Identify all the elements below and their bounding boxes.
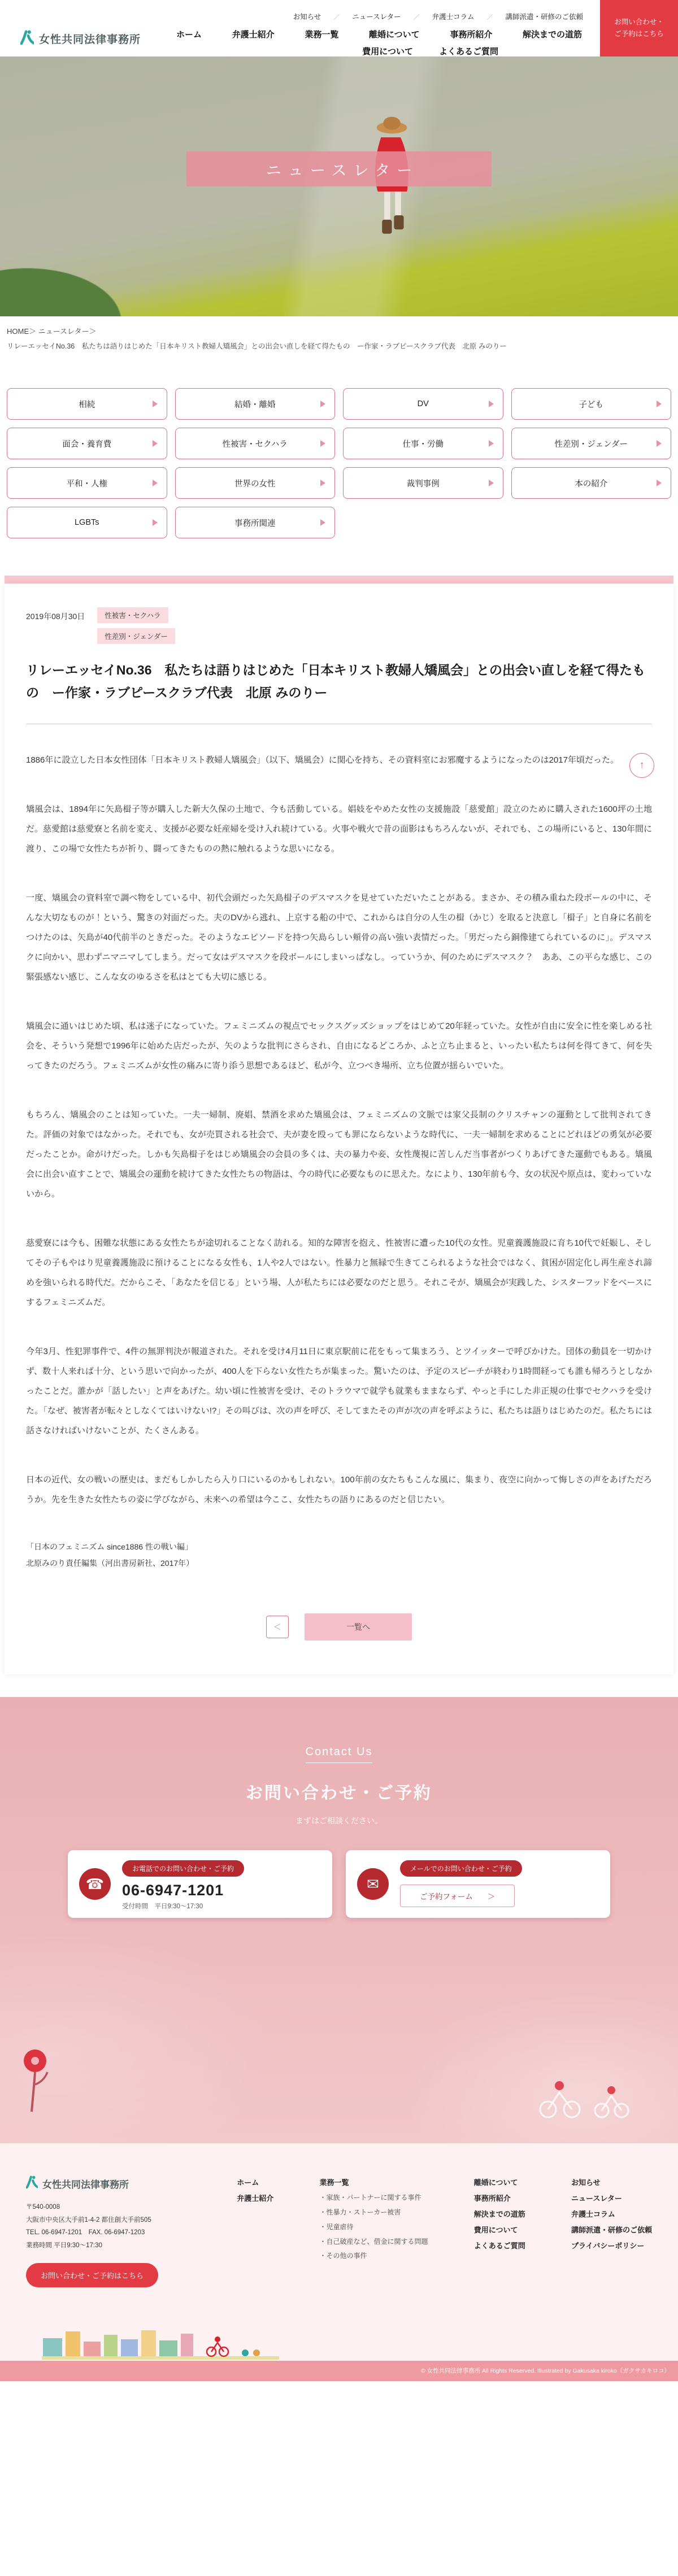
- footer-address: 〒540-0008 大阪市中央区大手前1-4-2 都住創大手前505 TEL. …: [26, 2201, 191, 2252]
- category-inheritance[interactable]: 相続: [7, 388, 167, 420]
- utility-nav-news[interactable]: お知らせ: [293, 11, 321, 21]
- book-reference-credit: 北原みのり責任編集（河出書房新社、2017年）: [26, 1555, 652, 1572]
- footer-logo-text: 女性共同法律事務所: [42, 2177, 129, 2191]
- copyright-text: © 女性共同法律事務所 All Rights Reserved. Illustr…: [421, 2368, 670, 2374]
- article-paragraph: 慈愛寮には今も、困難な状態にある女性たちが途切れることなく訪れる。知的な障害を抱…: [26, 1233, 652, 1312]
- arrow-right-icon: [489, 401, 494, 407]
- article-paragraph: 一度、矯風会の資料室で調べ物をしている中、初代会頭だった矢島楫子のデスマスクを見…: [26, 888, 652, 987]
- breadcrumb-path[interactable]: HOME＞ ニュースレター＞: [7, 325, 671, 336]
- contact-label: Contact Us: [306, 1746, 373, 1763]
- category-court-cases[interactable]: 裁判事例: [343, 467, 503, 499]
- footer-link-home[interactable]: ホーム: [237, 2175, 273, 2191]
- postal-code: 〒540-0008: [26, 2201, 191, 2213]
- category-work-labor[interactable]: 仕事・労働: [343, 428, 503, 459]
- logo-icon: [20, 29, 34, 48]
- article-paragraph: 1886年に設立した日本女性団体「日本キリスト教婦人矯風会」（以下、矯風会）に関…: [26, 750, 652, 770]
- pagination: ＜ 一覧へ: [26, 1613, 652, 1641]
- book-reference: 「日本のフェミニズム since1886 性の戦い編」 北原みのり責任編集（河出…: [26, 1539, 652, 1572]
- chevron-right-icon: ＞: [488, 1890, 496, 1901]
- footer-link-lecture[interactable]: 講師派遣・研修のご依頼: [571, 2222, 652, 2238]
- footer-link-privacy[interactable]: プライバシーポリシー: [571, 2238, 652, 2254]
- nav-lawyers[interactable]: 弁護士紹介: [232, 28, 275, 40]
- arrow-right-icon: [320, 401, 325, 407]
- title-divider: [26, 724, 652, 724]
- footer-link-column[interactable]: 弁護士コラム: [571, 2207, 652, 2222]
- article-top-bar: [5, 576, 673, 584]
- footer-link-child-abuse[interactable]: ・児童虐待: [319, 2220, 428, 2235]
- cyclists-illustration: [525, 2070, 638, 2121]
- tag-sexual-harassment[interactable]: 性被害・セクハラ: [97, 607, 168, 623]
- nav-process[interactable]: 解決までの道筋: [523, 28, 582, 40]
- flower-illustration: [16, 2045, 67, 2113]
- footer-illustration: [26, 2307, 652, 2361]
- contact-title: お問い合わせ・ご予約: [0, 1779, 678, 1804]
- arrow-right-icon: [489, 480, 494, 486]
- utility-nav: お知らせ ニュースレター 弁護士コラム 講師派遣・研修のご依頼: [281, 11, 583, 21]
- breadcrumb: HOME＞ ニュースレター＞ リレーエッセイNo.36 私たちは語りはじめた「日…: [0, 316, 678, 359]
- phone-hours: 受付時間 平日9:30～17:30: [122, 1901, 321, 1911]
- arrow-right-icon: [153, 519, 158, 526]
- arrow-right-icon: [657, 480, 662, 486]
- site-logo[interactable]: 女性共同法律事務所: [20, 29, 141, 48]
- footer-link-divorce[interactable]: 離婚について: [474, 2175, 525, 2191]
- main-nav: ホーム 弁護士紹介 業務一覧 離婚について 事務所紹介 解決までの道筋 費用につ…: [176, 28, 582, 57]
- reservation-form-button[interactable]: ご予約フォーム ＞: [400, 1885, 515, 1907]
- mail-contact-card: ✉ メールでのお問い合わせ・ご予約 ご予約フォーム ＞: [346, 1850, 610, 1918]
- category-office-related[interactable]: 事務所関連: [175, 507, 336, 538]
- hero-title-band: ニュースレター: [186, 151, 492, 186]
- arrow-right-icon: [320, 519, 325, 526]
- category-section: 相続 結婚・離婚 DV 子ども 面会・養育費 性被害・セクハラ 仕事・労働 性差…: [0, 359, 678, 576]
- pagination-list-button[interactable]: 一覧へ: [305, 1613, 412, 1641]
- article-body: 1886年に設立した日本女性団体「日本キリスト教婦人矯風会」（以下、矯風会）に関…: [26, 750, 652, 1509]
- phone-card-header: お電話でのお問い合わせ・ご予約: [122, 1860, 244, 1877]
- footer-link-fees[interactable]: 費用について: [474, 2222, 525, 2238]
- footer-nav-col3: 離婚について 事務所紹介 解決までの道筋 費用について よくあるご質問: [474, 2175, 525, 2287]
- footer-link-family-cases[interactable]: ・家族・パートナーに関する事件: [319, 2191, 428, 2205]
- arrow-right-icon: [489, 440, 494, 447]
- phone-icon: ☎: [79, 1868, 111, 1900]
- up-arrow-icon: ↑: [639, 759, 645, 772]
- nav-office[interactable]: 事務所紹介: [450, 28, 492, 40]
- category-children[interactable]: 子ども: [511, 388, 672, 420]
- category-world-women[interactable]: 世界の女性: [175, 467, 336, 499]
- article-card: 2019年08月30日 性被害・セクハラ 性差別・ジェンダー リレーエッセイNo…: [5, 584, 673, 1674]
- footer-link-lawyers[interactable]: 弁護士紹介: [237, 2191, 273, 2207]
- category-lgbts[interactable]: LGBTs: [7, 507, 167, 538]
- contact-section: Contact Us お問い合わせ・ご予約 まずはご相談ください。 ☎ お電話で…: [0, 1697, 678, 2143]
- header-contact-button[interactable]: お問い合わせ・ ご予約はこちら: [600, 0, 678, 56]
- nav-divorce[interactable]: 離婚について: [369, 28, 420, 40]
- copyright-bar: © 女性共同法律事務所 All Rights Reserved. Illustr…: [0, 2361, 678, 2381]
- category-visitation[interactable]: 面会・養育費: [7, 428, 167, 459]
- footer-link-stalker-cases[interactable]: ・性暴力・ストーカー被害: [319, 2205, 428, 2220]
- article-title: リレーエッセイNo.36 私たちは語りはじめた「日本キリスト教婦人矯風会」との出…: [26, 659, 652, 704]
- utility-nav-lecture[interactable]: 講師派遣・研修のご依頼: [486, 11, 583, 21]
- arrow-right-icon: [153, 440, 158, 447]
- article-date: 2019年08月30日: [26, 607, 85, 622]
- site-footer: 女性共同法律事務所 〒540-0008 大阪市中央区大手前1-4-2 都住創大手…: [0, 2143, 678, 2361]
- mail-card-header: メールでのお問い合わせ・ご予約: [400, 1860, 522, 1877]
- footer-logo[interactable]: 女性共同法律事務所: [26, 2175, 191, 2192]
- breadcrumb-current: リレーエッセイNo.36 私たちは語りはじめた「日本キリスト教婦人矯風会」との出…: [7, 341, 671, 351]
- article-meta: 2019年08月30日 性被害・セクハラ 性差別・ジェンダー: [26, 607, 652, 644]
- footer-link-faq[interactable]: よくあるご質問: [474, 2238, 525, 2254]
- footer-link-bankruptcy[interactable]: ・自己破産など、借金に関する問題: [319, 2235, 428, 2249]
- article-paragraph: 日本の近代、女の戦いの歴史は、まだもしかしたら入り口にいるのかもしれない。100…: [26, 1470, 652, 1509]
- site-header: 女性共同法律事務所 お知らせ ニュースレター 弁護士コラム 講師派遣・研修のご依…: [0, 0, 678, 56]
- footer-nav-col1: ホーム 弁護士紹介: [237, 2175, 273, 2287]
- nav-faq[interactable]: よくあるご質問: [439, 45, 498, 57]
- article-paragraph: 矯風会は、1894年に矢島楫子等が購入した新大久保の土地で、今も活動している。娼…: [26, 799, 652, 859]
- footer-link-other-cases[interactable]: ・その他の事件: [319, 2249, 428, 2264]
- article-paragraph: 今年3月、性犯罪事件で、4件の無罪判決が報道された。それを受け4月11日に東京駅…: [26, 1342, 652, 1441]
- hero-banner: ニュースレター: [0, 56, 678, 316]
- category-gender[interactable]: 性差別・ジェンダー: [511, 428, 672, 459]
- logo-text: 女性共同法律事務所: [39, 31, 141, 46]
- footer-link-office[interactable]: 事務所紹介: [474, 2191, 525, 2207]
- tag-gender[interactable]: 性差別・ジェンダー: [97, 628, 175, 644]
- tel-fax: TEL. 06-6947-1201 FAX. 06-6947-1203: [26, 2226, 191, 2239]
- footer-link-newsletter[interactable]: ニュースレター: [571, 2191, 652, 2207]
- category-marriage-divorce[interactable]: 結婚・離婚: [175, 388, 336, 420]
- nav-fees[interactable]: 費用について: [362, 45, 413, 57]
- arrow-right-icon: [320, 480, 325, 486]
- phone-number[interactable]: 06-6947-1201: [122, 1882, 321, 1899]
- article-paragraph: 矯風会に通いはじめた頃、私は迷子になっていた。フェミニズムの視点でセックスグッズ…: [26, 1016, 652, 1076]
- footer-link-services[interactable]: 業務一覧: [319, 2175, 428, 2191]
- article-tags: 性被害・セクハラ 性差別・ジェンダー: [97, 607, 175, 644]
- logo-icon: [26, 2175, 38, 2192]
- mail-icon: ✉: [357, 1868, 389, 1900]
- footer-nav-col2: 業務一覧 ・家族・パートナーに関する事件 ・性暴力・ストーカー被害 ・児童虐待 …: [319, 2175, 428, 2287]
- arrow-right-icon: [153, 401, 158, 407]
- arrow-right-icon: [657, 440, 662, 447]
- nav-services[interactable]: 業務一覧: [305, 28, 338, 40]
- arrow-right-icon: [657, 401, 662, 407]
- category-dv[interactable]: DV: [343, 388, 503, 420]
- footer-nav-col4: お知らせ ニュースレター 弁護士コラム 講師派遣・研修のご依頼 プライバシーポリ…: [571, 2175, 652, 2287]
- book-reference-title: 「日本のフェミニズム since1886 性の戦い編」: [26, 1539, 652, 1555]
- category-books[interactable]: 本の紹介: [511, 467, 672, 499]
- arrow-right-icon: [320, 440, 325, 447]
- utility-nav-newsletter[interactable]: ニュースレター: [333, 11, 401, 21]
- footer-link-news[interactable]: お知らせ: [571, 2175, 652, 2191]
- phone-contact-card: ☎ お電話でのお問い合わせ・ご予約 06-6947-1201 受付時間 平日9:…: [68, 1850, 332, 1918]
- footer-contact-button[interactable]: お問い合わせ・ご予約はこちら: [26, 2263, 158, 2287]
- footer-link-process[interactable]: 解決までの道筋: [474, 2207, 525, 2222]
- page-title: ニュースレター: [259, 158, 419, 180]
- category-peace-rights[interactable]: 平和・人権: [7, 467, 167, 499]
- contact-subtitle: まずはご相談ください。: [0, 1815, 678, 1826]
- nav-home[interactable]: ホーム: [176, 28, 202, 40]
- article-paragraph: もちろん、矯風会のことは知っていた。一夫一婦制、廃娼、禁酒を求めた矯風会は、フェ…: [26, 1105, 652, 1204]
- utility-nav-column[interactable]: 弁護士コラム: [414, 11, 475, 21]
- arrow-right-icon: [153, 480, 158, 486]
- scroll-to-top-button[interactable]: ↑: [629, 753, 654, 778]
- pagination-prev-button[interactable]: ＜: [266, 1616, 289, 1638]
- category-sexual-harassment[interactable]: 性被害・セクハラ: [175, 428, 336, 459]
- business-hours: 業務時間 平日9:30～17:30: [26, 2239, 191, 2252]
- street-address: 大阪市中央区大手前1-4-2 都住創大手前505: [26, 2214, 191, 2226]
- category-grid: 相続 結婚・離婚 DV 子ども 面会・養育費 性被害・セクハラ 仕事・労働 性差…: [7, 388, 671, 538]
